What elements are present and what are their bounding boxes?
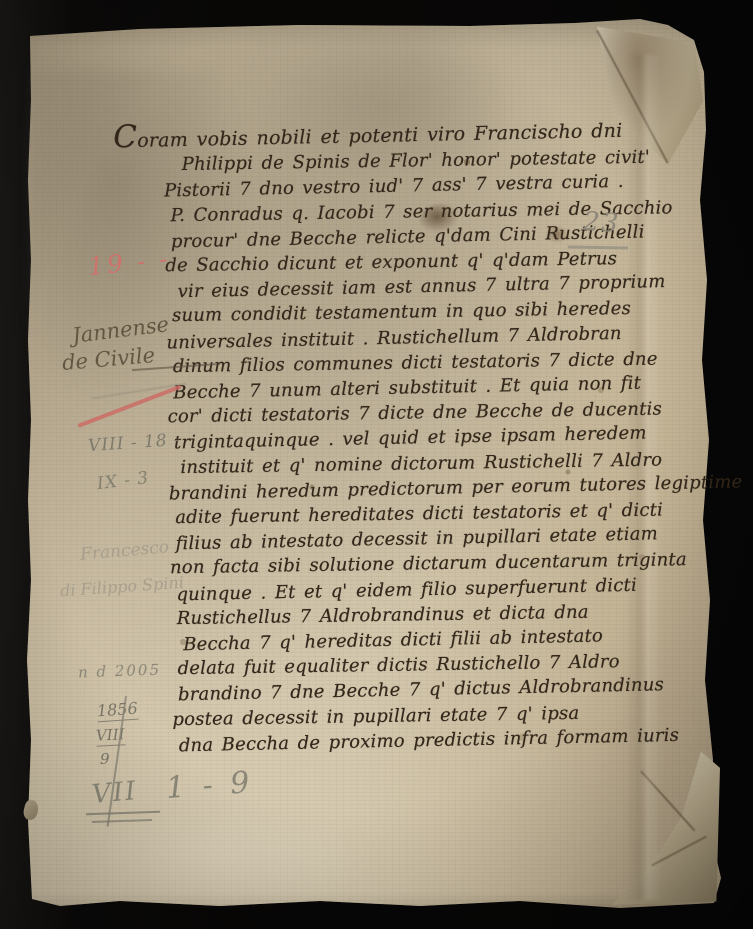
foxing-specks — [0, 0, 2, 2]
manuscript-photograph: Coram vobis nobili et potenti viro Franc… — [0, 0, 753, 929]
bottom-shelfmark-range: 1 - 9 — [165, 765, 255, 806]
date-stamp-year: 1856 — [96, 699, 138, 723]
date-stamp-day: 9 — [100, 750, 110, 768]
bottom-shelfmark-roman: VII — [91, 776, 139, 810]
manuscript-text: Coram vobis nobili et potenti viro Franc… — [113, 116, 638, 758]
pencil-number-note: n d 2005 — [78, 661, 162, 682]
corner-pencil-number: 23 — [582, 207, 621, 240]
